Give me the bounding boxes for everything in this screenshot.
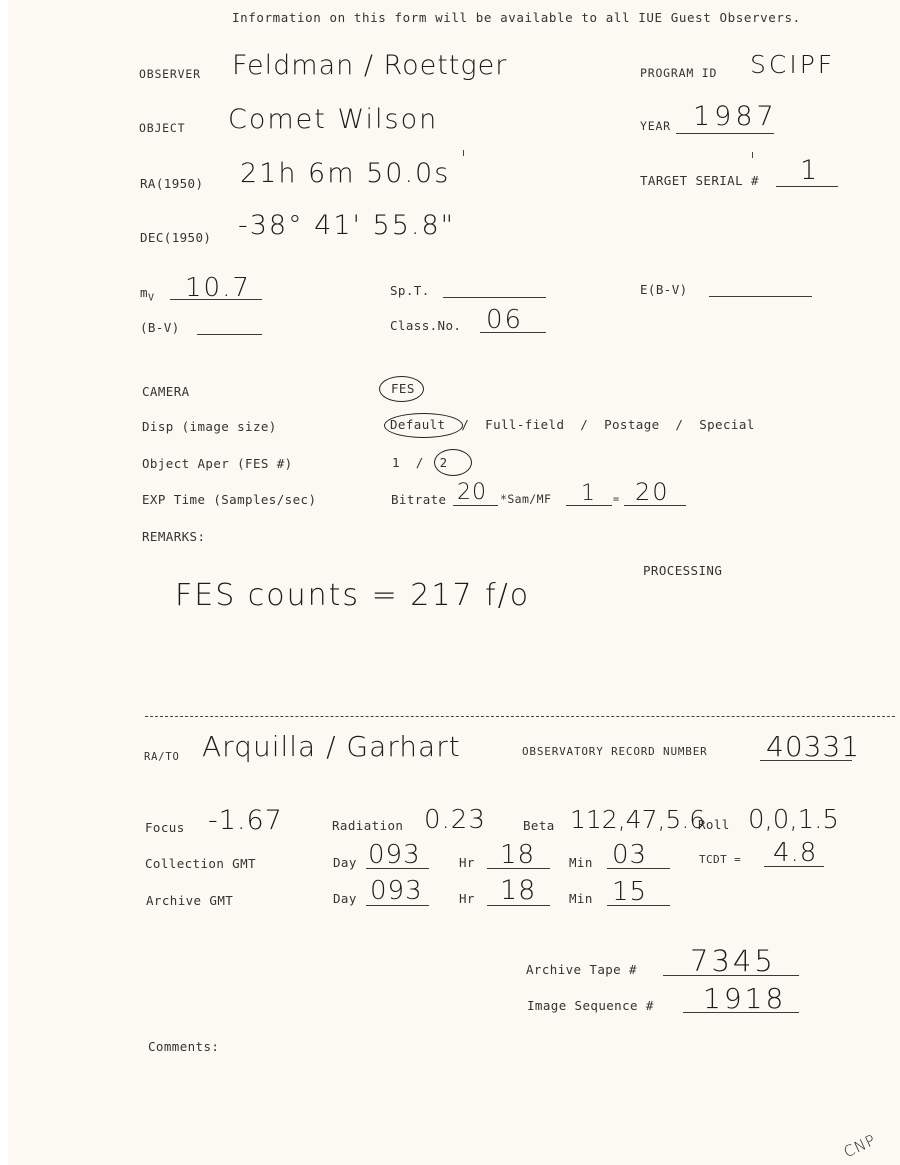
object-label: OBJECT — [139, 121, 185, 135]
image-sequence-label: Image Sequence # — [527, 998, 654, 1013]
archive-min-underline — [607, 905, 670, 906]
tcdt-underline — [764, 866, 824, 867]
collection-min-underline — [607, 868, 670, 869]
bitrate-label: Bitrate — [391, 492, 446, 507]
equals-sign: = — [613, 494, 619, 505]
selection-circle — [379, 376, 424, 402]
exp-result-underline — [624, 505, 686, 506]
record-number-value: 40331 — [766, 730, 860, 763]
record-number-label: OBSERVATORY RECORD NUMBER — [522, 745, 708, 758]
collection-day-underline — [366, 868, 429, 869]
spt-label: Sp.T. — [390, 283, 430, 298]
program-id-value: SCIPF — [750, 50, 835, 79]
focus-label: Focus — [145, 820, 185, 835]
target-serial-value: 1 — [800, 155, 818, 186]
class-no-underline — [480, 332, 546, 333]
bv-field — [197, 334, 262, 335]
archive-day-label: Day — [333, 891, 357, 906]
archive-day-value: 093 — [370, 876, 423, 906]
dec-label: DEC(1950) — [140, 230, 211, 245]
tcdt-label: TCDT = — [699, 853, 741, 866]
remarks-label: REMARKS: — [142, 529, 205, 544]
radiation-value: 0.23 — [424, 805, 486, 835]
tcdt-value: 4.8 — [773, 838, 817, 868]
year-underline — [676, 133, 774, 134]
target-serial-label: TARGET SERIAL # — [640, 173, 759, 188]
collection-min-label: Min — [569, 855, 593, 870]
stray-mark — [752, 152, 753, 158]
archive-tape-value: 7345 — [690, 944, 776, 978]
program-id-label: PROGRAM ID — [640, 66, 717, 80]
archive-tape-underline — [663, 975, 799, 976]
object-value: Comet Wilson — [228, 104, 438, 135]
disp-option-special: Special — [699, 417, 754, 432]
camera-label: CAMERA — [142, 384, 190, 399]
collection-hr-underline — [487, 868, 550, 869]
selection-circle — [434, 449, 472, 476]
initials-signature: CNP — [841, 1131, 879, 1162]
collection-hr-label: Hr — [459, 855, 475, 870]
archive-hr-underline — [487, 905, 550, 906]
ra-value: 21h 6m 50.0s — [240, 158, 450, 189]
ra-to-label: RA/TO — [144, 751, 180, 763]
archive-tape-label: Archive Tape # — [526, 962, 637, 977]
object-aper-label: Object Aper (FES #) — [142, 456, 293, 471]
collection-day-value: 093 — [368, 840, 421, 870]
roll-value: 0,0,1.5 — [748, 805, 839, 835]
dec-value: -38° 41' 55.8" — [238, 210, 455, 241]
target-serial-underline — [776, 186, 838, 187]
observer-label: OBSERVER — [139, 67, 201, 81]
archive-min-label: Min — [569, 891, 593, 906]
disp-option-full-field: Full-field — [485, 417, 564, 432]
header-notice: Information on this form will be availab… — [232, 10, 801, 25]
mv-underline — [170, 299, 262, 300]
scan-edge — [0, 0, 8, 1165]
remarks-text: FES counts = 217 f/o — [175, 578, 530, 613]
roll-label: Roll — [698, 817, 730, 832]
image-sequence-underline — [683, 1012, 799, 1013]
ebv-field — [709, 296, 812, 297]
disp-label: Disp (image size) — [142, 419, 277, 434]
archive-hr-label: Hr — [459, 891, 475, 906]
collection-min-value: 03 — [612, 840, 647, 870]
radiation-label: Radiation — [332, 818, 403, 833]
selection-circle — [384, 413, 463, 438]
archive-day-underline — [366, 905, 429, 906]
sam-underline — [566, 505, 612, 506]
collection-day-label: Day — [333, 855, 357, 870]
mv-label: mV — [140, 285, 154, 304]
ra-to-value: Arquilla / Garhart — [202, 730, 461, 763]
record-number-underline — [760, 760, 852, 761]
exp-result-value: 20 — [635, 478, 670, 506]
year-label: YEAR — [640, 119, 671, 133]
image-sequence-value: 1918 — [703, 982, 786, 1015]
archive-min-value: 15 — [612, 877, 647, 907]
ra-label: RA(1950) — [140, 176, 203, 191]
class-no-value: 06 — [486, 305, 523, 335]
observer-value: Feldman / Roettger — [232, 50, 507, 81]
class-no-label: Class.No. — [390, 318, 461, 333]
bitrate-value: 20 — [457, 480, 487, 505]
processing-label: PROCESSING — [643, 563, 722, 578]
exp-time-label: EXP Time (Samples/sec) — [142, 492, 316, 507]
comments-label: Comments: — [148, 1039, 219, 1054]
bv-label: (B-V) — [140, 320, 180, 335]
stray-mark — [463, 150, 464, 156]
collection-hr-value: 18 — [500, 840, 535, 870]
spt-field — [443, 297, 546, 298]
focus-value: -1.67 — [208, 805, 283, 836]
collection-gmt-label: Collection GMT — [145, 856, 256, 871]
year-value: 1987 — [693, 101, 778, 132]
archive-hr-value: 18 — [500, 875, 536, 906]
sam-value: 1 — [581, 481, 596, 506]
beta-value: 112,47,5.6 — [570, 805, 705, 834]
archive-gmt-label: Archive GMT — [146, 893, 233, 908]
disp-option-postage: Postage — [604, 417, 659, 432]
section-divider — [145, 716, 895, 717]
ebv-label: E(B-V) — [640, 282, 688, 297]
beta-label: Beta — [523, 818, 555, 833]
sam-label: *Sam/MF — [500, 492, 551, 506]
bitrate-underline — [453, 505, 498, 506]
